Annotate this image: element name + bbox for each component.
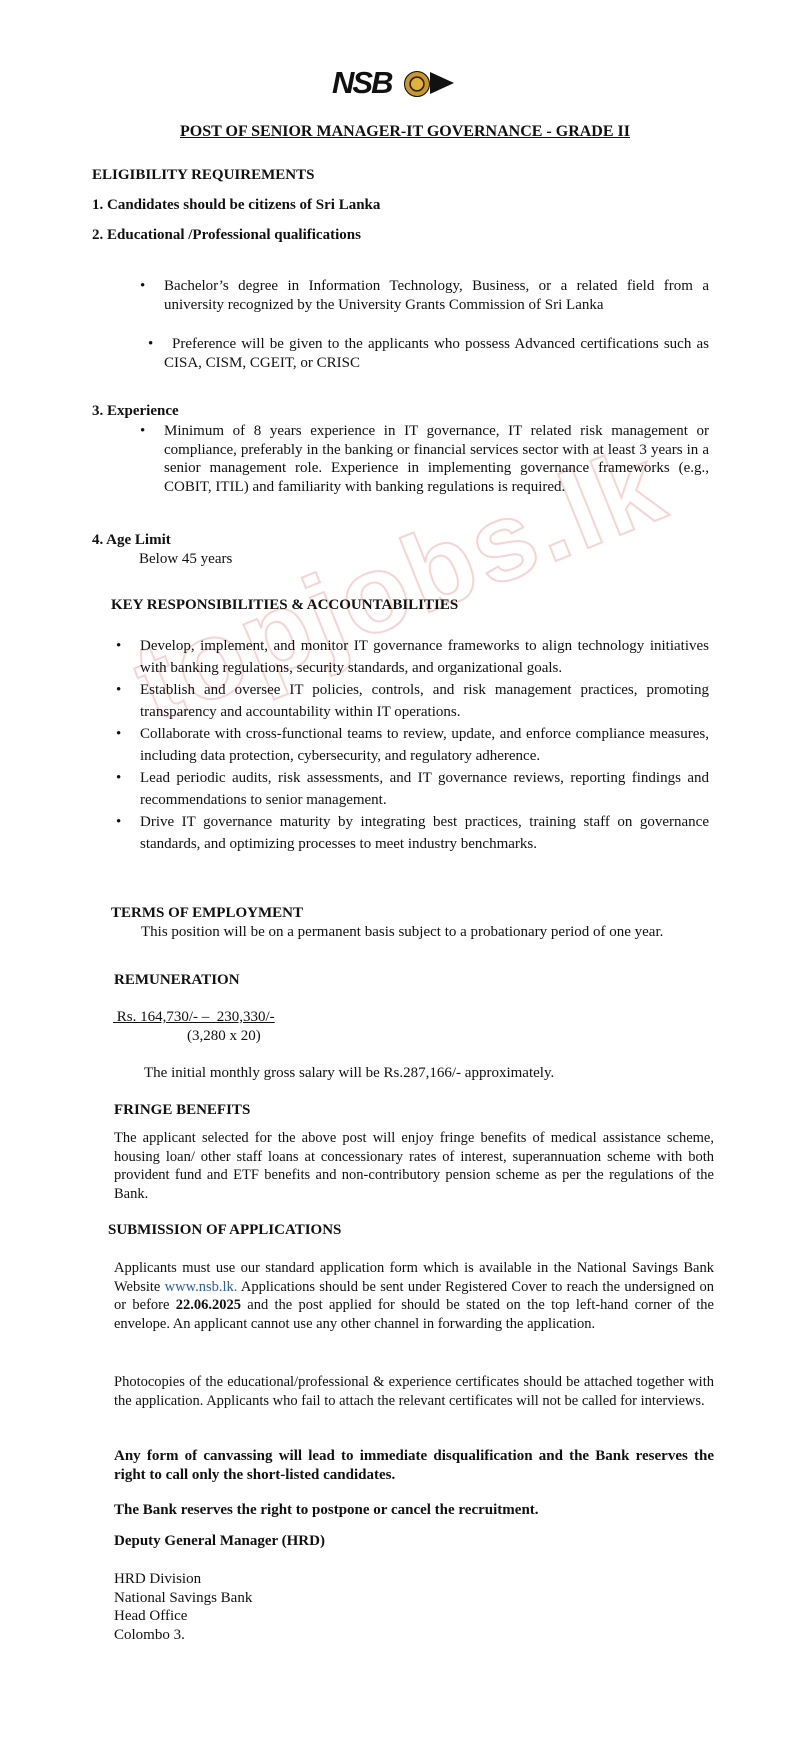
list-item: Establish and oversee IT policies, contr… bbox=[140, 679, 709, 723]
terms-text: This position will be on a permanent bas… bbox=[141, 924, 663, 941]
address-line: National Savings Bank bbox=[114, 1589, 252, 1608]
address-line: Head Office bbox=[114, 1607, 252, 1626]
eligibility-heading: ELIGIBILITY REQUIREMENTS bbox=[92, 167, 314, 184]
logo-text: NSB bbox=[332, 64, 391, 102]
deadline: 22.06.2025 bbox=[176, 1297, 241, 1313]
list-item: Preference will be given to the applican… bbox=[164, 335, 709, 373]
responsibilities-list: Develop, implement, and monitor IT gover… bbox=[140, 635, 709, 855]
terms-heading: TERMS OF EMPLOYMENT bbox=[111, 905, 303, 922]
signatory: Deputy General Manager (HRD) bbox=[114, 1533, 325, 1550]
submission-paragraph: Applicants must use our standard applica… bbox=[114, 1259, 714, 1333]
list-item: Drive IT governance maturity by integrat… bbox=[140, 811, 709, 855]
fringe-heading: FRINGE BENEFITS bbox=[114, 1102, 250, 1119]
address-block: HRD Division National Savings Bank Head … bbox=[114, 1570, 252, 1644]
certificates-paragraph: Photocopies of the educational/professio… bbox=[114, 1373, 714, 1410]
reserve-notice: The Bank reserves the right to postpone … bbox=[114, 1502, 539, 1519]
experience-list: Minimum of 8 years experience in IT gove… bbox=[164, 422, 709, 496]
list-item: Lead periodic audits, risk assessments, … bbox=[140, 767, 709, 811]
fringe-text: The applicant selected for the above pos… bbox=[114, 1129, 714, 1203]
arrow-icon bbox=[430, 72, 454, 94]
nsb-logo: NSB bbox=[332, 64, 452, 102]
list-item: Collaborate with cross-functional teams … bbox=[140, 723, 709, 767]
address-line: Colombo 3. bbox=[114, 1626, 252, 1645]
age-limit-value: Below 45 years bbox=[139, 551, 232, 568]
seal-icon bbox=[404, 71, 430, 97]
list-item: Develop, implement, and monitor IT gover… bbox=[140, 635, 709, 679]
salary-increment: (3,280 x 20) bbox=[187, 1028, 261, 1045]
address-line: HRD Division bbox=[114, 1570, 252, 1589]
page-title: POST OF SENIOR MANAGER-IT GOVERNANCE - G… bbox=[0, 123, 810, 141]
gross-salary: The initial monthly gross salary will be… bbox=[144, 1065, 554, 1082]
experience-heading: 3. Experience bbox=[92, 403, 179, 420]
canvassing-warning: Any form of canvassing will lead to imme… bbox=[114, 1447, 714, 1485]
citizenship-requirement: 1. Candidates should be citizens of Sri … bbox=[92, 197, 380, 214]
salary-scale: Rs. 164,730/- – 230,330/- bbox=[113, 1009, 275, 1026]
remuneration-heading: REMUNERATION bbox=[114, 972, 240, 989]
qualifications-list: Bachelor’s degree in Information Technol… bbox=[164, 277, 709, 373]
age-limit-heading: 4. Age Limit bbox=[92, 532, 171, 549]
nsb-website-link[interactable]: www.nsb.lk. bbox=[165, 1279, 238, 1295]
qualifications-heading: 2. Educational /Professional qualificati… bbox=[92, 227, 361, 244]
submission-heading: SUBMISSION OF APPLICATIONS bbox=[108, 1222, 341, 1239]
list-item: Minimum of 8 years experience in IT gove… bbox=[164, 422, 709, 496]
list-item: Bachelor’s degree in Information Technol… bbox=[164, 277, 709, 315]
responsibilities-heading: KEY RESPONSIBILITIES & ACCOUNTABILITIES bbox=[111, 597, 458, 614]
